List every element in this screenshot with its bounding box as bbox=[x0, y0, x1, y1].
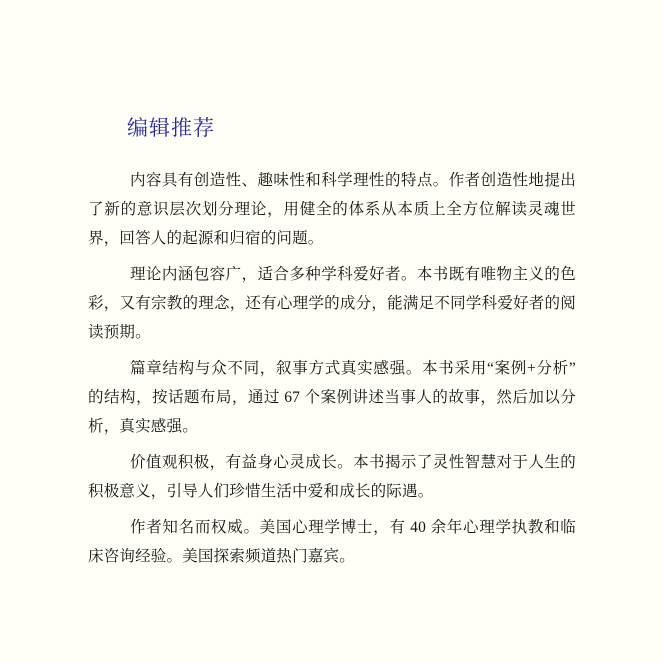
paragraph-features: 内容具有创造性、趣味性和科学理性的特点。作者创造性地提出了新的意识层次划分理论，… bbox=[88, 166, 576, 253]
page-title: 编辑推荐 bbox=[88, 114, 576, 142]
paragraph-theory: 理论内涵包容广，适合多种学科爱好者。本书既有唯物主义的色彩，又有宗教的理念，还有… bbox=[88, 260, 576, 347]
paragraph-structure: 篇章结构与众不同，叙事方式真实感强。本书采用“案例+分析”的结构，按话题布局，通… bbox=[88, 354, 576, 441]
text-block: 编辑推荐 内容具有创造性、趣味性和科学理性的特点。作者创造性地提出了新的意识层次… bbox=[88, 114, 576, 571]
document-page: 编辑推荐 内容具有创造性、趣味性和科学理性的特点。作者创造性地提出了新的意识层次… bbox=[0, 0, 662, 662]
paragraph-values: 价值观积极，有益身心灵成长。本书揭示了灵性智慧对于人生的积极意义，引导人们珍惜生… bbox=[88, 448, 576, 506]
paragraph-author: 作者知名而权威。美国心理学博士，有 40 余年心理学执教和临床咨询经验。美国探索… bbox=[88, 513, 576, 571]
